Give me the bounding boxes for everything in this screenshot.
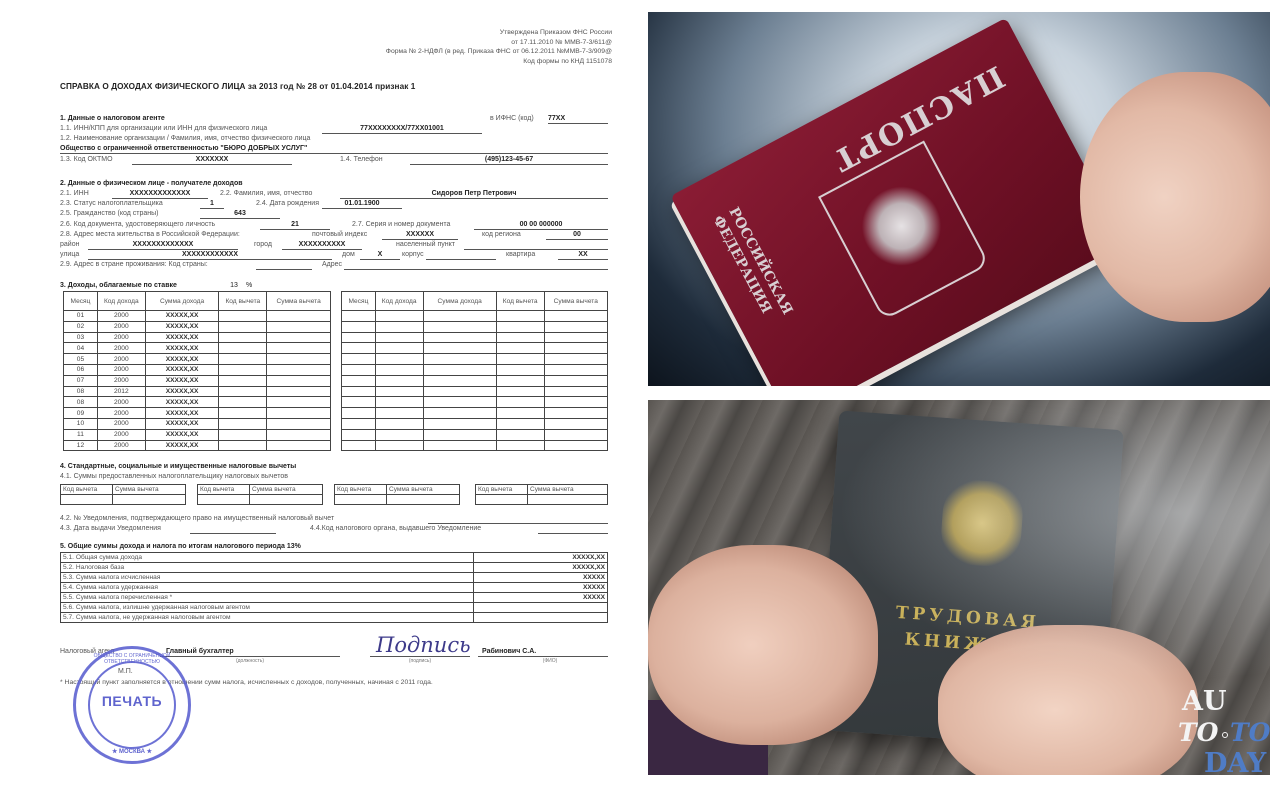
hand	[1080, 72, 1270, 322]
income-cell	[342, 321, 376, 332]
income-cell: XXXXX,XX	[145, 397, 219, 408]
foreign-address-value	[344, 260, 608, 270]
income-cell	[423, 418, 496, 429]
inn-kpp-value: 77XXXXXXXX/77XX01001	[322, 124, 482, 134]
income-cell	[342, 364, 376, 375]
totals-row: 5.4. Сумма налога удержаннаяXXXXX	[61, 583, 608, 593]
income-cell	[423, 332, 496, 343]
income-cell	[496, 386, 544, 397]
deduction-value-cell	[61, 495, 113, 505]
income-cell	[267, 343, 331, 354]
income-cell: 2000	[97, 429, 145, 440]
building-label: корпус	[402, 250, 424, 260]
name-caption: (ФИО)	[520, 658, 580, 664]
section4-heading: 4. Стандартные, социальные и имущественн…	[60, 462, 612, 472]
income-column-header: Сумма вычета	[267, 292, 331, 311]
left-hand	[648, 545, 878, 745]
income-cell	[342, 311, 376, 322]
income-cell	[496, 332, 544, 343]
org-name-label: 1.2. Наименование организации / Фамилия,…	[60, 134, 310, 144]
deduction-header-cell: Сумма вычета	[528, 485, 608, 495]
income-cell: 2012	[97, 386, 145, 397]
income-cell: 2000	[97, 343, 145, 354]
income-cell: XXXXX,XX	[145, 343, 219, 354]
income-cell	[219, 386, 267, 397]
totals-value: XXXXX,XX	[474, 553, 608, 563]
document-title: СПРАВКА О ДОХОДАХ ФИЗИЧЕСКОГО ЛИЦА за 20…	[60, 82, 415, 91]
notice-authority-value	[538, 524, 608, 534]
income-cell	[544, 397, 608, 408]
passport-cover: ПАСПОРТ РОССИЙСКАЯ ФЕДЕРАЦИЯ	[670, 18, 1125, 386]
income-cell: 2000	[97, 397, 145, 408]
flat-value: XX	[558, 250, 608, 260]
income-cell	[544, 429, 608, 440]
totals-row: 5.6. Сумма налога, излишне удержанная на…	[61, 603, 608, 613]
income-cell	[496, 321, 544, 332]
income-cell: 08	[64, 386, 98, 397]
workbook-title: ТРУДОВАЯ КНИЖКА	[823, 595, 1111, 667]
section5-heading: 5. Общие суммы дохода и налога по итогам…	[60, 542, 612, 552]
income-table-row	[342, 332, 608, 343]
deduction-value-cell	[528, 495, 608, 505]
postcode-label: почтовый индекс	[312, 230, 367, 240]
income-cell: 2000	[97, 375, 145, 386]
income-table-row: 122000XXXXX,XX	[64, 440, 331, 451]
income-cell	[267, 408, 331, 419]
settlement-value	[464, 240, 608, 250]
income-cell	[496, 397, 544, 408]
inn-label: 2.1. ИНН	[60, 189, 89, 199]
income-cell	[375, 408, 423, 419]
income-cell: 2000	[97, 332, 145, 343]
income-cell	[267, 332, 331, 343]
income-table-row	[342, 375, 608, 386]
notice-number-label: 4.2. № Уведомления, подтверждающего прав…	[60, 514, 334, 524]
city-label: город	[254, 240, 272, 250]
approval-line: Код формы по КНД 1151078	[386, 57, 612, 67]
income-cell	[219, 343, 267, 354]
income-cell	[267, 440, 331, 451]
totals-value: XXXXX	[474, 573, 608, 583]
deduction-header-cell: Сумма вычета	[387, 485, 460, 495]
income-cell	[544, 343, 608, 354]
income-cell	[423, 354, 496, 365]
foreign-country-value	[256, 260, 312, 270]
section3-heading: 3. Доходы, облагаемые по ставке	[60, 282, 177, 289]
totals-label: 5.5. Сумма налога перечисленная *	[61, 593, 474, 603]
stamp-city: ★ МОСКВА ★	[76, 748, 188, 755]
income-cell	[496, 343, 544, 354]
house-value: X	[360, 250, 400, 260]
income-cell: 05	[64, 354, 98, 365]
income-cell	[267, 311, 331, 322]
totals-value	[474, 613, 608, 623]
watermark-day: DAY	[1204, 748, 1266, 779]
income-cell: 2000	[97, 321, 145, 332]
watermark-dot-icon	[1222, 732, 1228, 738]
income-table-row	[342, 386, 608, 397]
income-table-row: 062000XXXXX,XX	[64, 364, 331, 375]
income-cell	[219, 408, 267, 419]
income-cell	[423, 364, 496, 375]
income-cell	[219, 375, 267, 386]
income-cell	[219, 397, 267, 408]
income-cell	[375, 386, 423, 397]
income-table-row	[342, 364, 608, 375]
income-cell	[219, 429, 267, 440]
income-table-row	[342, 418, 608, 429]
income-cell	[267, 386, 331, 397]
name-value: Рабинович С.А.	[478, 647, 608, 657]
citizenship-value: 643	[200, 209, 280, 219]
phone-value: (495)123-45-67	[410, 155, 608, 165]
income-table-row	[342, 408, 608, 419]
income-cell	[423, 311, 496, 322]
deduction-table: Код вычетаСумма вычета	[334, 484, 460, 505]
income-cell	[544, 332, 608, 343]
income-cell	[375, 375, 423, 386]
region-label: код региона	[482, 230, 521, 240]
income-cell: 07	[64, 375, 98, 386]
income-cell	[342, 332, 376, 343]
approval-line: Утверждена Приказом ФНС России	[386, 28, 612, 38]
oktmo-label: 1.3. Код ОКТМО	[60, 155, 113, 165]
income-cell	[496, 408, 544, 419]
approval-line: от 17.11.2010 № ММВ-7-3/611@	[386, 38, 612, 48]
income-cell: XXXXX,XX	[145, 321, 219, 332]
income-table-right: МесяцКод доходаСумма доходаКод вычетаСум…	[341, 291, 608, 451]
income-cell: XXXXX,XX	[145, 440, 219, 451]
income-cell	[496, 440, 544, 451]
status-label: 2.3. Статус налогоплательщика	[60, 199, 163, 209]
income-table-row: 092000XXXXX,XX	[64, 408, 331, 419]
income-column-header: Сумма вычета	[544, 292, 608, 311]
income-cell: 11	[64, 429, 98, 440]
income-cell	[423, 429, 496, 440]
deduction-header-cell: Код вычета	[335, 485, 387, 495]
income-cell	[342, 440, 376, 451]
income-cell	[544, 364, 608, 375]
income-cell: XXXXX,XX	[145, 364, 219, 375]
deduction-value-cell	[198, 495, 250, 505]
totals-value	[474, 603, 608, 613]
income-cell	[496, 311, 544, 322]
income-cell	[342, 418, 376, 429]
income-column-header: Сумма дохода	[423, 292, 496, 311]
totals-row: 5.7. Сумма налога, не удержанная налогов…	[61, 613, 608, 623]
settlement-label: населенный пункт	[396, 240, 455, 250]
workbook-cover: ТРУДОВАЯ КНИЖКА	[817, 410, 1124, 749]
income-cell: 09	[64, 408, 98, 419]
income-cell	[423, 375, 496, 386]
income-cell	[342, 375, 376, 386]
income-cell	[267, 321, 331, 332]
income-table-row	[342, 321, 608, 332]
income-cell: 2000	[97, 440, 145, 451]
income-column-header: Код вычета	[219, 292, 267, 311]
income-cell	[375, 418, 423, 429]
totals-label: 5.2. Налоговая база	[61, 563, 474, 573]
income-table-row	[342, 343, 608, 354]
notice-date-value	[190, 524, 276, 534]
income-cell	[375, 364, 423, 375]
totals-label: 5.6. Сумма налога, излишне удержанная на…	[61, 603, 474, 613]
fio-label: 2.2. Фамилия, имя, отчество	[220, 189, 312, 199]
ifns-value: 77XX	[548, 114, 608, 124]
income-cell	[375, 332, 423, 343]
income-cell	[342, 343, 376, 354]
tax-rate-unit: %	[246, 281, 252, 291]
notice-number-value	[428, 514, 608, 524]
section3-heading-row: 3. Доходы, облагаемые по ставке 13 %	[60, 281, 612, 291]
income-cell: XXXXX,XX	[145, 408, 219, 419]
flat-label: квартира	[506, 250, 535, 260]
company-seal-stamp: ОБЩЕСТВО С ОГРАНИЧЕННОЙ ОТВЕТСТВЕННОСТЬЮ…	[73, 646, 191, 764]
income-cell: 01	[64, 311, 98, 322]
income-table-row	[342, 354, 608, 365]
district-value: XXXXXXXXXXXXX	[88, 240, 238, 250]
passport-photo: ПАСПОРТ РОССИЙСКАЯ ФЕДЕРАЦИЯ	[648, 12, 1270, 386]
income-cell	[342, 397, 376, 408]
autotoday-watermark-logo: AU TO TO DAY	[1174, 686, 1278, 782]
phone-label: 1.4. Телефон	[340, 155, 383, 165]
income-cell	[496, 354, 544, 365]
income-column-header: Месяц	[64, 292, 98, 311]
income-cell	[219, 364, 267, 375]
income-cell	[544, 321, 608, 332]
income-cell	[267, 375, 331, 386]
income-cell	[375, 440, 423, 451]
income-cell	[375, 343, 423, 354]
deduction-header-cell: Сумма вычета	[113, 485, 186, 495]
income-table-row	[342, 429, 608, 440]
totals-value: XXXXX	[474, 593, 608, 603]
income-cell	[496, 418, 544, 429]
income-cell: 03	[64, 332, 98, 343]
deduction-header-cell: Код вычета	[476, 485, 528, 495]
street-label: улица	[60, 250, 79, 260]
income-table-row: 072000XXXXX,XX	[64, 375, 331, 386]
oktmo-value: XXXXXXX	[132, 155, 292, 165]
income-cell	[423, 343, 496, 354]
income-cell	[375, 311, 423, 322]
income-cell	[544, 440, 608, 451]
deduction-header-cell: Код вычета	[61, 485, 113, 495]
income-cell	[496, 429, 544, 440]
income-table-row: 082000XXXXX,XX	[64, 397, 331, 408]
income-cell	[219, 354, 267, 365]
notice-date-label: 4.3. Дата выдачи Уведомления	[60, 524, 161, 534]
signature-caption: (подпись)	[390, 658, 450, 664]
income-cell	[423, 321, 496, 332]
income-table-row: 012000XXXXX,XX	[64, 311, 331, 322]
income-table-row	[342, 397, 608, 408]
position-caption: (должность)	[220, 658, 280, 664]
deduction-table: Код вычетаСумма вычета	[475, 484, 608, 505]
income-cell	[219, 311, 267, 322]
doc-number-label: 2.7. Серия и номер документа	[352, 220, 450, 230]
section2-heading: 2. Данные о физическом лице - получателе…	[60, 179, 612, 189]
income-cell	[423, 397, 496, 408]
income-cell	[423, 440, 496, 451]
income-table-row: 112000XXXXX,XX	[64, 429, 331, 440]
income-table-row: 102000XXXXX,XX	[64, 418, 331, 429]
notice-authority-label: 4.4.Код налогового органа, выдавшего Уве…	[310, 524, 481, 534]
watermark-to-white: TO	[1178, 718, 1218, 747]
ndfl-certificate-document: Утверждена Приказом ФНС России от 17.11.…	[60, 28, 612, 768]
income-cell	[375, 321, 423, 332]
foreign-address-label: Адрес	[322, 260, 342, 270]
deduction-value-cell	[113, 495, 186, 505]
street-value: XXXXXXXXXXXX	[88, 250, 332, 260]
income-cell	[544, 354, 608, 365]
totals-label: 5.7. Сумма налога, не удержанная налогов…	[61, 613, 474, 623]
dob-label: 2.4. Дата рождения	[256, 199, 319, 209]
income-table-row	[342, 311, 608, 322]
income-cell	[342, 354, 376, 365]
income-cell: 10	[64, 418, 98, 429]
income-table-row: 032000XXXXX,XX	[64, 332, 331, 343]
stamp-ring-text: ОБЩЕСТВО С ОГРАНИЧЕННОЙ ОТВЕТСТВЕННОСТЬЮ	[76, 653, 188, 665]
stamp-word: ПЕЧАТЬ	[76, 693, 188, 709]
income-cell: 06	[64, 364, 98, 375]
watermark-au: AU	[1182, 686, 1227, 717]
fio-value: Сидоров Петр Петрович	[340, 189, 608, 199]
totals-value: XXXXX	[474, 583, 608, 593]
totals-table: 5.1. Общая сумма доходаXXXXX,XX5.2. Нало…	[60, 552, 608, 623]
totals-label: 5.3. Сумма налога исчисленная	[61, 573, 474, 583]
income-cell	[219, 418, 267, 429]
income-table-row: 022000XXXXX,XX	[64, 321, 331, 332]
income-cell: 2000	[97, 364, 145, 375]
workbook-title-line2: КНИЖКА	[904, 630, 1028, 659]
income-cell	[267, 418, 331, 429]
income-cell: 12	[64, 440, 98, 451]
income-column-header: Код дохода	[97, 292, 145, 311]
income-cell	[267, 429, 331, 440]
deduction-header-cell: Код вычета	[198, 485, 250, 495]
income-table-row	[342, 440, 608, 451]
inn-value: XXXXXXXXXXXXX	[112, 189, 208, 199]
income-table-row: 042000XXXXX,XX	[64, 343, 331, 354]
deduction-header-cell: Сумма вычета	[250, 485, 323, 495]
income-cell	[375, 429, 423, 440]
totals-row: 5.3. Сумма налога исчисленнаяXXXXX	[61, 573, 608, 583]
income-cell: 04	[64, 343, 98, 354]
approval-block: Утверждена Приказом ФНС России от 17.11.…	[386, 28, 612, 66]
deduction-value-cell	[476, 495, 528, 505]
address-label: 2.8. Адрес места жительства в Российской…	[60, 230, 240, 240]
income-table-row: 082012XXXXX,XX	[64, 386, 331, 397]
totals-row: 5.1. Общая сумма доходаXXXXX,XX	[61, 553, 608, 563]
income-cell	[544, 311, 608, 322]
status-value: 1	[200, 199, 224, 209]
income-table-row: 052000XXXXX,XX	[64, 354, 331, 365]
section4-subheading: 4.1. Суммы предоставленных налогоплатель…	[60, 472, 288, 482]
income-cell	[375, 397, 423, 408]
income-cell	[544, 375, 608, 386]
income-cell	[219, 440, 267, 451]
income-cell: 2000	[97, 311, 145, 322]
totals-row: 5.2. Налоговая базаXXXXX,XX	[61, 563, 608, 573]
doc-code-label: 2.6. Код документа, удостоверяющего личн…	[60, 220, 215, 230]
income-column-header: Код дохода	[375, 292, 423, 311]
deduction-value-cell	[335, 495, 387, 505]
income-cell	[544, 408, 608, 419]
region-value: 00	[546, 230, 608, 240]
workbook-title-line1: ТРУДОВАЯ	[895, 603, 1040, 633]
income-cell	[423, 408, 496, 419]
inn-kpp-label: 1.1. ИНН/КПП для организации или ИНН для…	[60, 124, 267, 134]
income-cell: XXXXX,XX	[145, 418, 219, 429]
income-cell	[342, 386, 376, 397]
passport-country: РОССИЙСКАЯ ФЕДЕРАЦИЯ	[709, 204, 797, 326]
income-cell: XXXXX,XX	[145, 386, 219, 397]
city-value: XXXXXXXXXX	[282, 240, 362, 250]
deduction-value-cell	[250, 495, 323, 505]
approval-line: Форма № 2-НДФЛ (в ред. Приказа ФНС от 06…	[386, 47, 612, 57]
totals-label: 5.4. Сумма налога удержанная	[61, 583, 474, 593]
house-label: дом	[342, 250, 355, 260]
income-cell	[496, 364, 544, 375]
income-cell: XXXXX,XX	[145, 354, 219, 365]
deduction-value-cell	[387, 495, 460, 505]
income-cell	[342, 429, 376, 440]
income-cell: XXXXX,XX	[145, 375, 219, 386]
watermark-to-blue: TO	[1230, 718, 1270, 747]
income-cell	[219, 321, 267, 332]
income-cell	[219, 332, 267, 343]
org-name-value: Общество с ограниченной ответственностью…	[60, 144, 608, 154]
doc-code-value: 21	[260, 220, 330, 230]
dob-value: 01.01.1900	[322, 199, 402, 209]
citizenship-label: 2.5. Гражданство (код страны)	[60, 209, 158, 219]
income-column-header: Сумма дохода	[145, 292, 219, 311]
doc-number-value: 00 00 000000	[474, 220, 608, 230]
income-cell	[267, 364, 331, 375]
income-cell: XXXXX,XX	[145, 332, 219, 343]
sleeve	[648, 700, 768, 775]
income-cell: 2000	[97, 354, 145, 365]
income-column-header: Код вычета	[496, 292, 544, 311]
income-column-header: Месяц	[342, 292, 376, 311]
income-cell: 2000	[97, 418, 145, 429]
income-cell: 08	[64, 397, 98, 408]
ifns-label: в ИФНС (код)	[490, 114, 534, 124]
totals-value: XXXXX,XX	[474, 563, 608, 573]
district-label: район	[60, 240, 79, 250]
deduction-table: Код вычетаСумма вычета	[197, 484, 323, 505]
right-hand	[938, 625, 1198, 775]
income-cell	[544, 418, 608, 429]
handwritten-signature: Подпись	[376, 633, 471, 657]
income-cell: 02	[64, 321, 98, 332]
building-value	[426, 250, 496, 260]
foreign-country-label: 2.9. Адрес в стране проживания: Код стра…	[60, 260, 208, 270]
income-cell: XXXXX,XX	[145, 311, 219, 322]
income-cell	[496, 375, 544, 386]
totals-label: 5.1. Общая сумма дохода	[61, 553, 474, 563]
income-cell	[423, 386, 496, 397]
gold-eagle-emblem-icon	[939, 478, 1025, 568]
income-cell	[267, 397, 331, 408]
income-cell	[267, 354, 331, 365]
deduction-table: Код вычетаСумма вычета	[60, 484, 186, 505]
income-table-left: МесяцКод доходаСумма доходаКод вычетаСум…	[63, 291, 331, 451]
postcode-value: XXXXXX	[382, 230, 458, 240]
totals-row: 5.5. Сумма налога перечисленная *XXXXX	[61, 593, 608, 603]
income-cell	[375, 354, 423, 365]
